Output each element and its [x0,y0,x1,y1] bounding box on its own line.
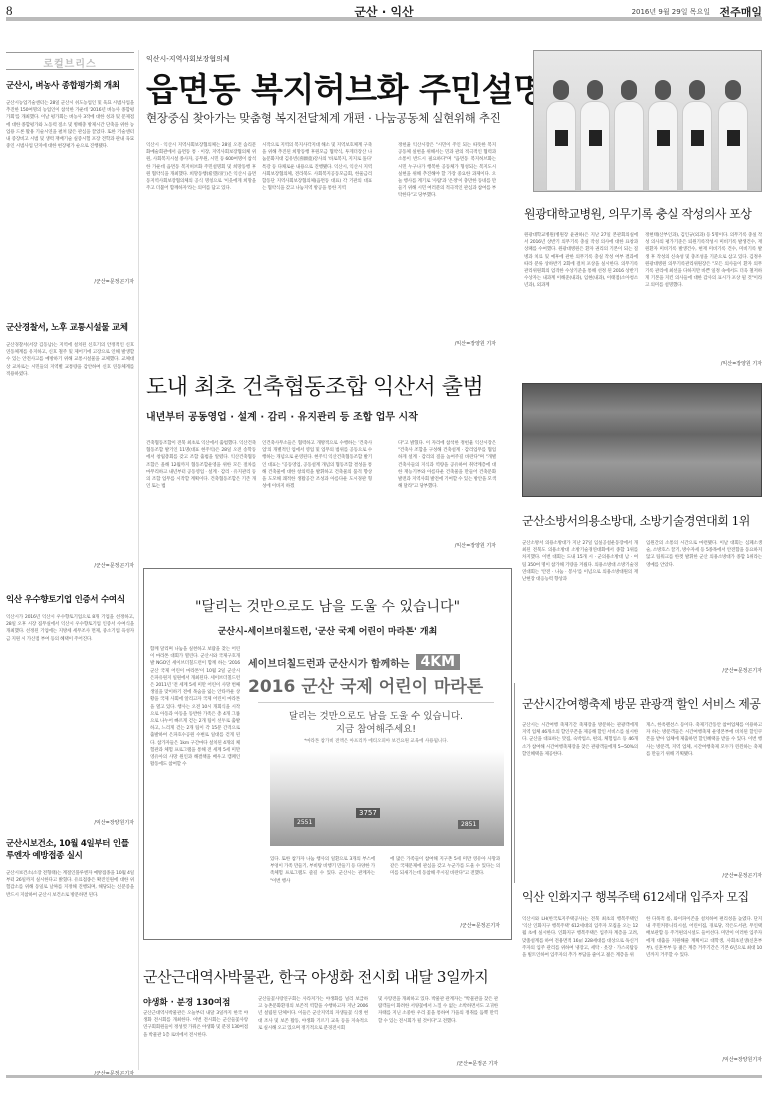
bib-number: 2851 [458,820,479,829]
poster-line-1: 세이브더칠드런과 군산시가 함께하는 [248,655,410,670]
marathon-column-2: 있다. 또한 참가자 나눔 행사의 일환으로 3개의 부스에 부엉이 가족 만들… [270,856,375,926]
distance-badge: 4KM [416,654,461,670]
marathon-quote: "달리는 것만으로도 남을 도울 수 있습니다" [145,596,510,616]
brief-byline: /군산=문정곤기자 [6,562,134,569]
hospital-column-1: 원광대학교병원(병원장 윤권하)은 지난 27일 본관회의실에서 2016년 상… [524,232,638,357]
housing-column-2: 한 다목적 룸, 와이파이존을 설치하여 편리성을 높였다. 단지 내 주민커뮤… [646,916,762,1052]
poster-line-3: 달리는 것만으로도 남을 도울 수 있습니다. [248,710,504,723]
footer-rule [6,1075,762,1078]
brief-body: 군산시농업기술센터는 28일 군산시 쉬도농업인 및 육묘 시범사업을 추진한 … [6,100,134,278]
coop-column-3: 다"고 밝혔다. 이 자리에 참석한 정헌율 익산시장은 "건축사 조합을 구성… [398,440,496,540]
bib-number: 2551 [294,818,315,827]
tour-headline: 군산시간여행축제 방문 관광객 할인 서비스 제공 [522,695,760,712]
brief-body: 군산경찰서(서장 김동남)는 지역에 설치된 신호기의 안정적인 신호 연동체계… [6,342,134,562]
museum-subheadline: 야생화 · 분경 130여점 [143,996,230,1008]
poster-title: 2016 군산 국제 어린이 마라톤 [248,672,504,697]
brief-item: 군산시보건소, 10월 4일부터 인플루엔자 예방접종 실시 군산시보건소(소장… [6,838,134,1077]
column-divider [138,50,139,1070]
lead-subheadline: 현장중심 찾아가는 맞춤형 복지전달체계 개편 · 나눔공동체 실현위해 추진 [146,110,500,126]
fire-column-2: 임원간의 소통의 시간으로 마련됐다. 이날 대회는 심폐소생술, 소방호스 끌… [646,540,762,662]
marathon-byline: /군산=문정곤기자 [390,922,500,929]
column-divider [514,683,515,883]
museum-headline: 군산근대역사박물관, 한국 야생화 전시회 내달 3일까지 [143,966,488,987]
briefs-label: 로컬브리스 [6,52,134,70]
fire-headline: 군산소방서의용소방대, 소방기술경연대회 1위 [522,512,750,529]
hospital-photo [533,50,762,192]
museum-column-2: 군산들꽃사랑연구회는 사라져가는 야생화를 널리 보급하고 농촌문화환경의 보존… [258,996,368,1072]
marathon-subheadline: 군산시-세이브더칠드런, '군산 국제 어린이 마라톤' 개최 [145,624,510,637]
coop-headline: 도내 최초 건축협동조합 익산서 출범 [146,370,483,401]
coop-byline: /익산=장양원 기자 [398,542,496,549]
fire-event-photo [522,383,762,497]
fire-byline: /군산=문정곤기자 [646,667,762,674]
housing-column-1: 익산시와 LH(한국토지주택공사)는 전북 최초의 행복주택인 '익산 인화지구… [522,916,638,1066]
museum-column-3: 및 사랑전을 개최하고 있다. 박물관 관계자는 "박물관을 찾은 관람객들이 … [378,996,498,1056]
brief-body: 익산시가 2016년 익산시 우수향토기업으로 8개 기업을 선정하고, 28일… [6,614,134,819]
header-rule [6,17,762,21]
coop-subheadline: 내년부터 공동영업 · 설계 · 감리 · 유지관리 등 조합 업무 시작 [146,408,418,423]
issue-date: 2016년 9월 29일 목요일 [632,7,710,17]
poster-line-4: 지금 참여해주세요! [248,723,504,736]
tour-column-1: 군산시는 시간여행 축제기간 축제장을 방문하는 관광객에게 지역 업체 46개… [522,722,638,870]
hospital-byline: /익산=장양원 기자 [645,360,762,367]
marathon-poster: 세이브더칠드런과 군산시가 함께하는 4KM 2016 군산 국제 어린이 마라… [248,654,504,744]
museum-column-1: 군산근대역사박물관은 오늘부터 내달 3일까지 한국 야생화 전시회를 개최한다… [143,1010,248,1072]
brief-title: 군산경찰서, 노후 교통시설물 교체 [6,322,134,334]
poster-note: *마라톤 참가비 전액은 아프리카 에티오피아 보건요원 교육에 사용됩니다. [248,738,504,744]
marathon-column-3: 에 많은 가족들이 참여해 지구촌 5세 미만 영유아 사망과 같은 국제문제에… [390,856,500,912]
tour-column-2: 게스, 한옥펜션스 등이다. 축제기간동안 참여업체를 이용하고자 하는 방문객… [646,722,762,870]
lead-column-1: 익산시 · 익산시 지역사회보장협의체는 28일 오전 솜리문화예술회관에서 읍… [146,142,256,334]
fire-column-1: 군산소방서 의용소방대가 지난 27일 임실공설운동장에서 개최된 전북도 의용… [522,540,638,662]
housing-headline: 익산 인화지구 행복주택 612세대 입주자 모집 [522,888,749,905]
runners-photo: 3757 2551 2851 [270,750,504,846]
bib-number: 3757 [356,808,380,818]
brief-title: 군산시, 벼농사 종합평가회 개최 [6,80,134,92]
lead-column-3: 정헌율 익산시장은 "시민이 주인 되는 따뜻한 복지공동체 실현을 위해서는 … [398,142,496,334]
poster-divider [258,702,494,703]
lead-byline: /익산=장양원 기자 [398,340,496,347]
marathon-column-1: 함께 달리며 나눔을 실천하고 보람을 찾는 어린이 마라톤 대회가 열린다. … [150,646,240,936]
brief-body: 군산시보건소(소장 전형태)는 계절인플루엔자 예방접종을 10월 4일부터 2… [6,870,134,1070]
brief-byline: /군산=문정곤기자 [6,278,134,285]
brief-title: 익산 우수향토기업 인증서 수여식 [6,594,134,606]
coop-column-2: 인건축사무소들은 협력하고 개방적으로 수행하는 '건축사업'의 개별적인 업에… [262,440,372,550]
lead-headline: 읍면동 복지허브화 주민설명회 [146,64,576,111]
brief-item: 군산경찰서, 노후 교통시설물 교체 군산경찰서(서장 김동남)는 지역에 설치… [6,322,134,569]
housing-byline: /익산=장양원기자 [646,1056,762,1063]
hospital-headline: 원광대학교병원, 의무기록 충실 작성의사 포상 [524,205,751,222]
brief-byline: /익산=장양원기자 [6,819,134,826]
lead-kicker: 익산시-지역사회보장협의체 [146,54,230,64]
museum-byline: /군산=문정곤 기자 [378,1060,498,1067]
tour-byline: /군산=문정곤기자 [646,872,762,879]
brief-title: 군산시보건소, 10월 4일부터 인플루엔자 예방접종 실시 [6,838,134,862]
brief-item: 군산시, 벼농사 종합평가회 개최 군산시농업기술센터는 28일 군산시 쉬도농… [6,80,134,285]
coop-column-1: 건축협동조합이 전북 최초로 익산에서 출범했다. 익산건축협동조합 발기인 1… [146,440,256,550]
brief-item: 익산 우수향토기업 인증서 수여식 익산시가 2016년 익산시 우수향토기업으… [6,594,134,826]
hospital-column-2: 정현태(산부인과), 김인규(외과) 등 5명이다. 의무기록 충실 작성 의사… [645,232,762,357]
lead-column-2: 시작으로 지역의 복지사각지대 해소 및 지역보호체계 구축을 위해 추진된 희… [262,142,372,334]
